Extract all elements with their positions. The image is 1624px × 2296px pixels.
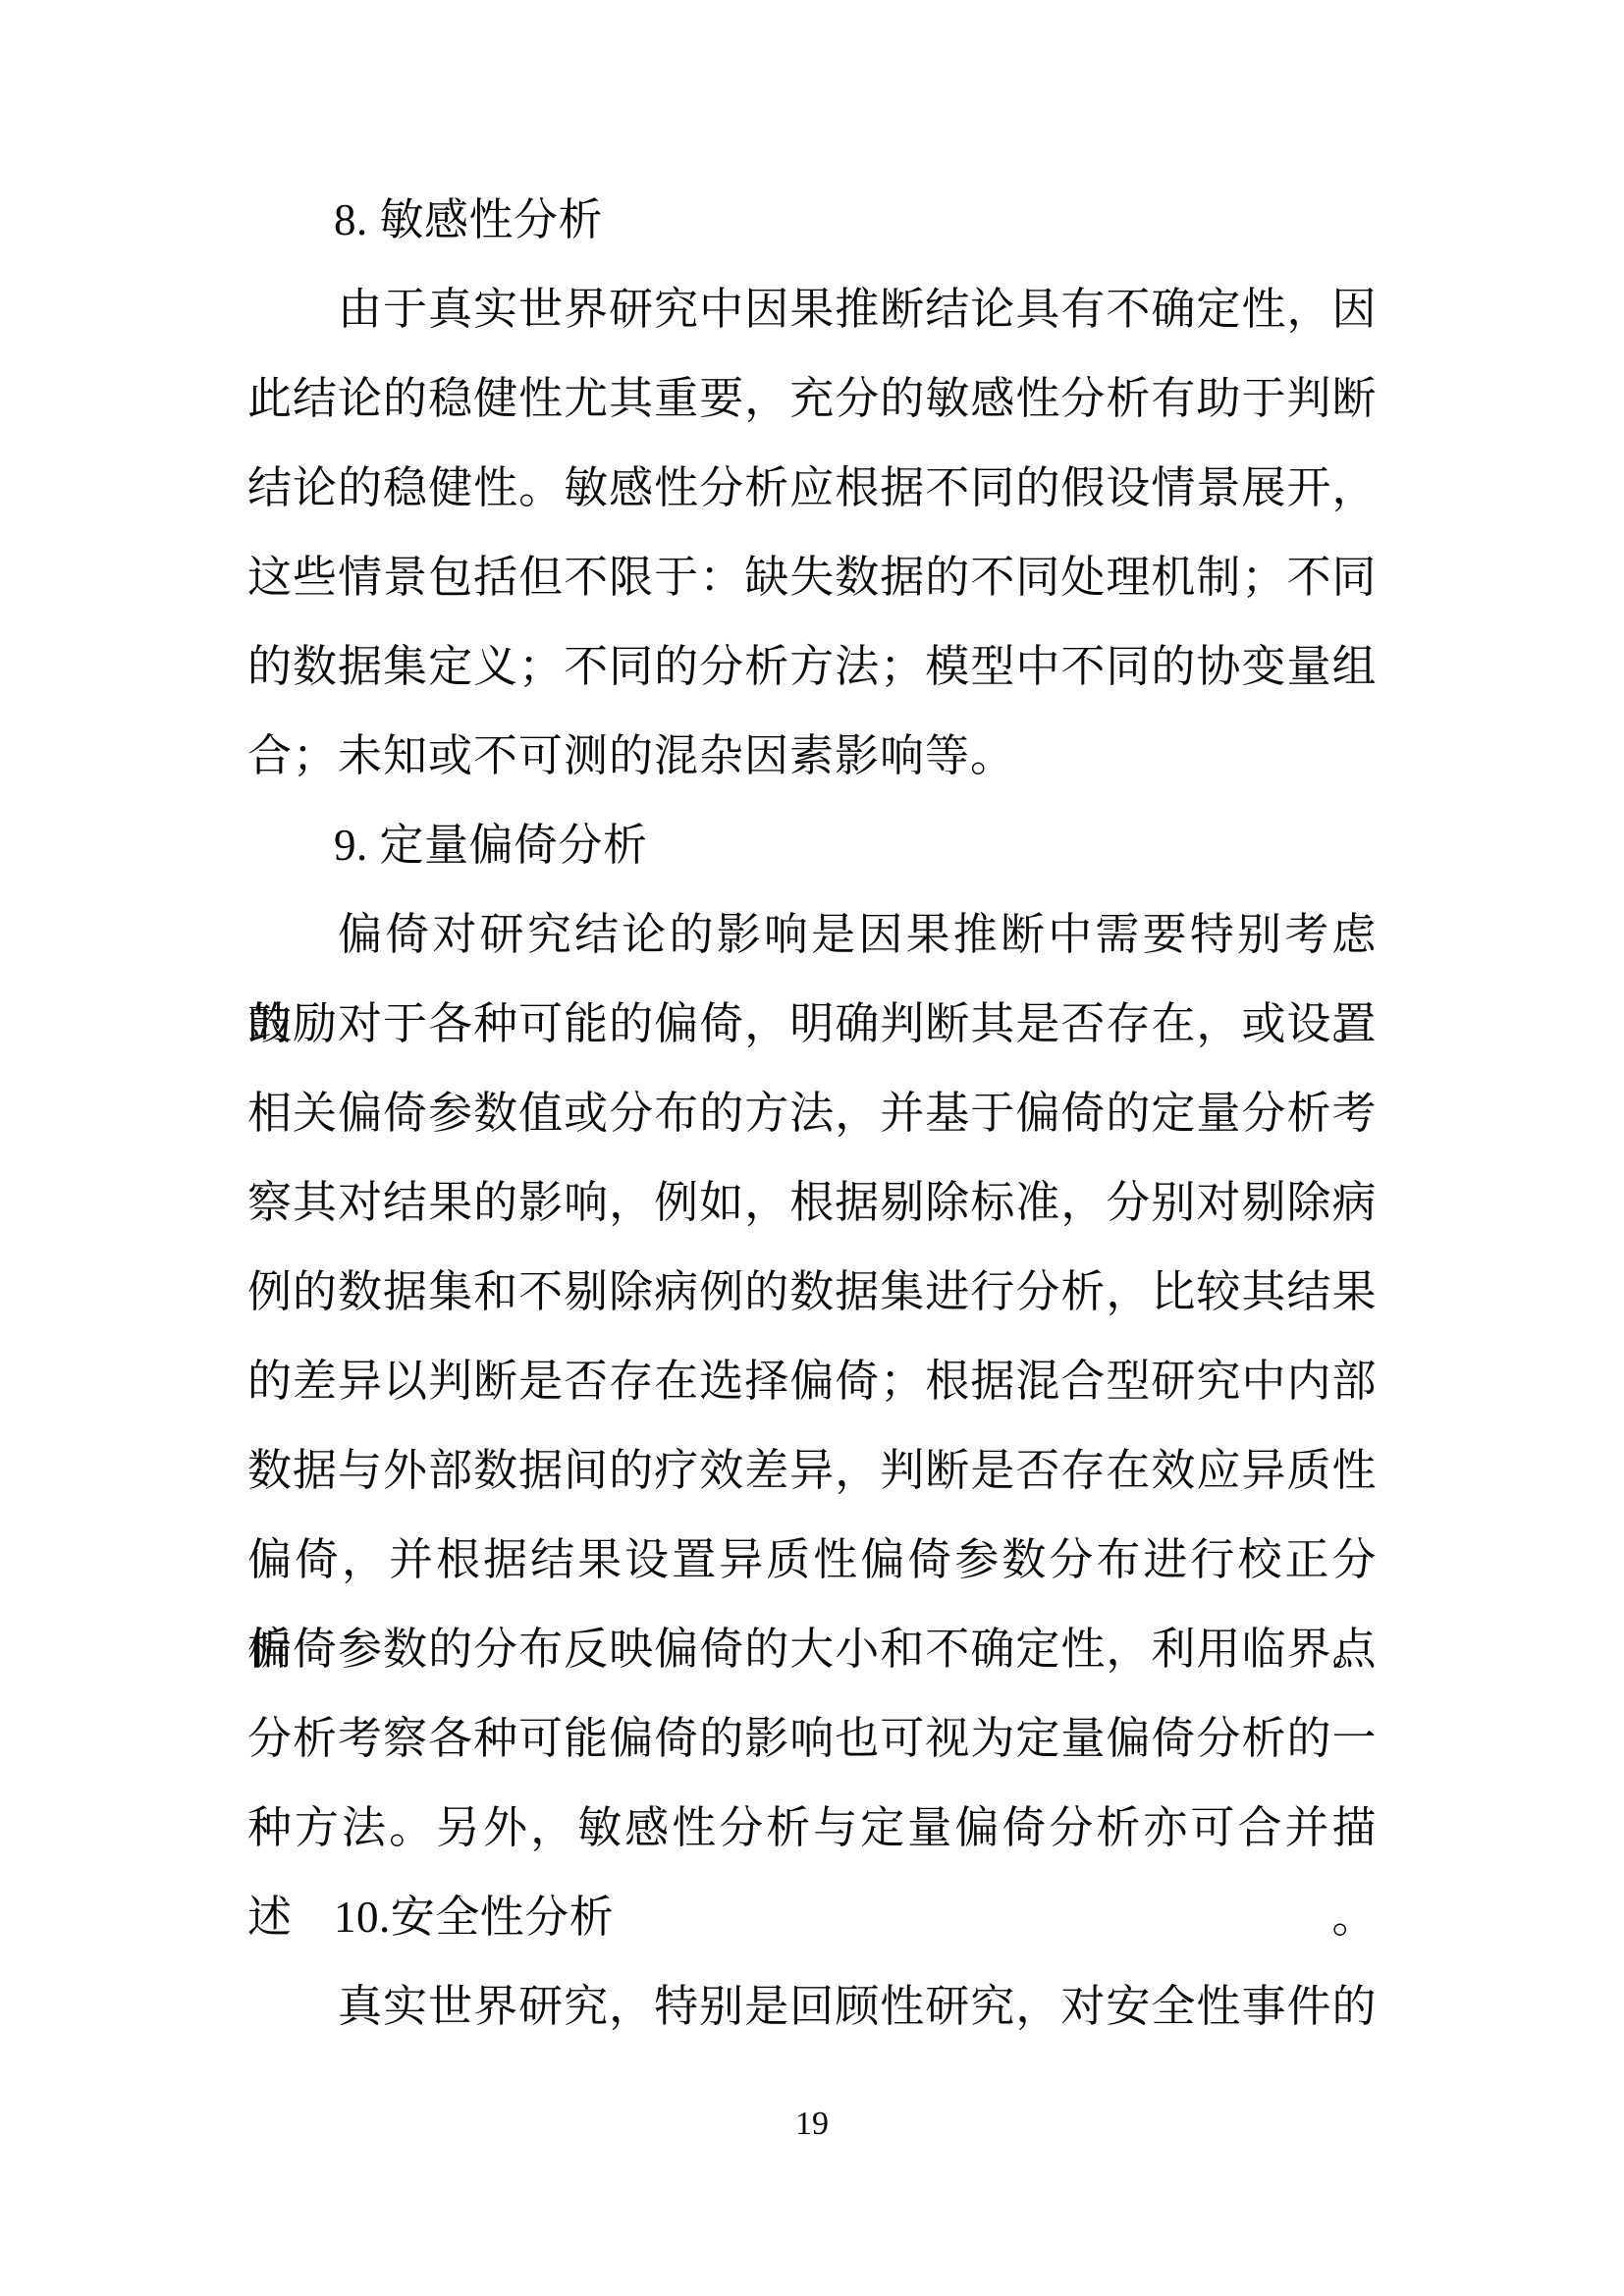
text-line: 鼓励对于各种可能的偏倚，明确判断其是否存在，或设置: [247, 980, 1377, 1069]
text-line: 偏倚，并根据结果设置异质性偏倚参数分布进行校正分析。: [247, 1516, 1377, 1605]
text-line: 的差异以判断是否存在选择偏倚；根据混合型研究中内部: [247, 1337, 1377, 1426]
text-line: 例的数据集和不剔除病例的数据集进行分析，比较其结果: [247, 1248, 1377, 1337]
text-line: 种方法。另外，敏感性分析与定量偏倚分析亦可合并描述。: [247, 1784, 1377, 1873]
text-line: 数据与外部数据间的疗效差异，判断是否存在效应异质性: [247, 1426, 1377, 1516]
text-line: 合；未知或不可测的混杂因素影响等。: [247, 712, 1377, 801]
document-page: 8. 敏感性分析 由于真实世界研究中因果推断结论具有不确定性，因 此结论的稳健性…: [0, 0, 1624, 2296]
section-9-heading: 9. 定量偏倚分析: [247, 801, 1377, 890]
text-line: 偏倚对研究结论的影响是因果推断中需要特别考虑的。: [247, 890, 1377, 980]
section-8-heading: 8. 敏感性分析: [247, 176, 1377, 265]
text-line: 由于真实世界研究中因果推断结论具有不确定性，因: [247, 265, 1377, 354]
text-line: 相关偏倚参数值或分布的方法，并基于偏倚的定量分析考: [247, 1069, 1377, 1158]
text-line: 的数据集定义；不同的分析方法；模型中不同的协变量组: [247, 622, 1377, 712]
page-number: 19: [0, 2103, 1624, 2146]
text-line: 分析考察各种可能偏倚的影响也可视为定量偏倚分析的一: [247, 1694, 1377, 1784]
text-line: 察其对结果的影响，例如，根据剔除标准，分别对剔除病: [247, 1158, 1377, 1248]
page-content: 8. 敏感性分析 由于真实世界研究中因果推断结论具有不确定性，因 此结论的稳健性…: [247, 176, 1377, 2052]
text-line: 偏倚参数的分布反映偏倚的大小和不确定性，利用临界点: [247, 1605, 1377, 1694]
text-line: 真实世界研究，特别是回顾性研究，对安全性事件的: [247, 1962, 1377, 2052]
text-line: 此结论的稳健性尤其重要，充分的敏感性分析有助于判断: [247, 354, 1377, 444]
text-line: 这些情景包括但不限于：缺失数据的不同处理机制；不同: [247, 533, 1377, 622]
text-line: 结论的稳健性。敏感性分析应根据不同的假设情景展开，: [247, 444, 1377, 533]
